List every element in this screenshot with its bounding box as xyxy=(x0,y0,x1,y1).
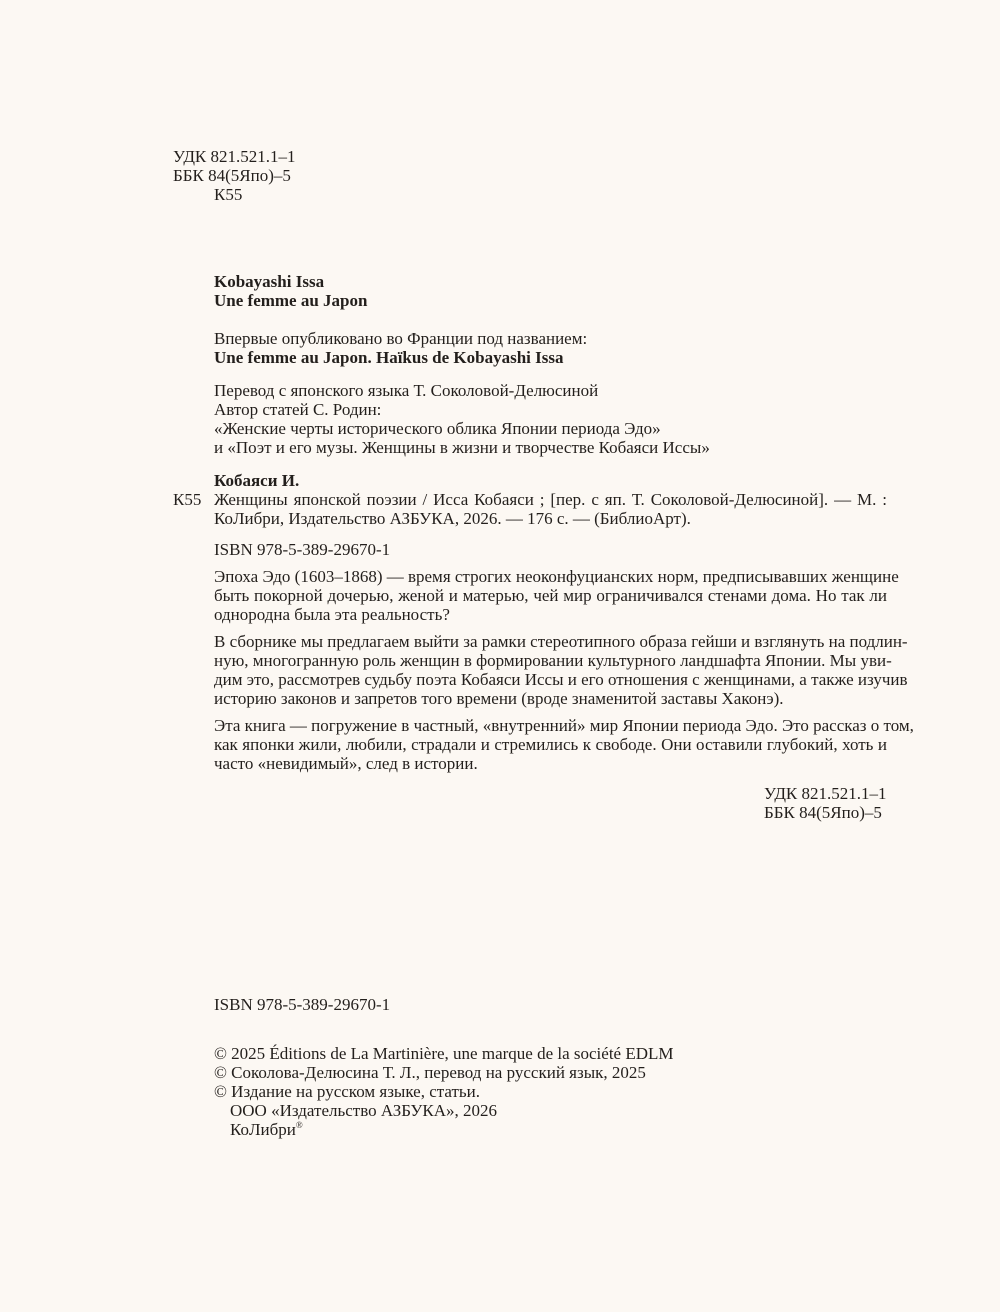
copyright-line: © 2025 Éditions de La Martinière, une ma… xyxy=(214,1044,674,1063)
annotation-line: часто «невидимый», след в истории. xyxy=(214,754,887,773)
credits: Перевод с японского языка Т. Соколовой-Д… xyxy=(214,381,710,457)
credit-line: и «Поэт и его музы. Женщины в жизни и тв… xyxy=(214,438,710,457)
copyright-line: ООО «Издательство АЗБУКА», 2026 xyxy=(214,1101,674,1120)
annotation-line: ную, многогранную роль женщин в формиров… xyxy=(214,651,887,670)
annotation-line: как японки жили, любили, страдали и стре… xyxy=(214,735,887,754)
copyright-line: © Издание на русском языке, статьи. xyxy=(214,1082,674,1101)
annotation-line: историю законов и запретов того времени … xyxy=(214,689,887,708)
bbk-code: ББК 84(5Япо)–5 xyxy=(173,166,296,185)
annotation-line: однородна была эта реальность? xyxy=(214,605,887,624)
footer-isbn: ISBN 978-5-389-29670-1 xyxy=(214,995,390,1014)
annotation-paragraph: Эпоха Эдо (1603–1868) — время строгих не… xyxy=(214,567,887,624)
top-classification: УДК 821.521.1–1 ББК 84(5Япо)–5 К55 xyxy=(173,147,296,204)
annotation-line: дим это, рассмотрев судьбу поэта Кобаяси… xyxy=(214,670,887,689)
original-title: Une femme au Japon xyxy=(214,291,367,310)
original-author: Kobayashi Issa xyxy=(214,272,367,291)
bbk-code: ББК 84(5Япо)–5 xyxy=(764,803,887,822)
copyright-block: © 2025 Éditions de La Martinière, une ma… xyxy=(214,1044,674,1139)
annotation-paragraph: В сборнике мы предлагаем выйти за рамки … xyxy=(214,632,887,708)
bottom-classification: УДК 821.521.1–1 ББК 84(5Япо)–5 xyxy=(764,784,887,822)
annotation-line: быть покорной дочерью, женой и матерью, … xyxy=(214,586,887,605)
bib-author-mark: К55 xyxy=(173,490,201,509)
credit-line: «Женские черты исторического облика Япон… xyxy=(214,419,710,438)
bib-author-heading: Кобаяси И. xyxy=(214,471,299,490)
annotation-paragraph: Эта книга — погружение в частный, «внутр… xyxy=(214,716,887,773)
annotation-line: Эпоха Эдо (1603–1868) — время строгих не… xyxy=(214,567,887,586)
first-published: Впервые опубликовано во Франции под назв… xyxy=(214,329,587,367)
copyright-line: © Соколова-Делюсина Т. Л., перевод на ру… xyxy=(214,1063,674,1082)
first-published-title: Une femme au Japon. Haïkus de Kobayashi … xyxy=(214,348,587,367)
first-published-label: Впервые опубликовано во Франции под назв… xyxy=(214,329,587,348)
bib-description: Женщины японской поэзии / Исса Кобаяси ;… xyxy=(214,490,887,528)
credit-line: Автор статей С. Родин: xyxy=(214,400,710,419)
brand-name: КоЛибри xyxy=(230,1120,296,1139)
annotation-line: В сборнике мы предлагаем выйти за рамки … xyxy=(214,632,887,651)
bib-description-line: Женщины японской поэзии / Исса Кобаяси ;… xyxy=(214,490,887,509)
bib-description-line: КоЛибри, Издательство АЗБУКА, 2026. — 17… xyxy=(214,509,887,528)
registered-mark-icon: ® xyxy=(296,1120,303,1130)
annotation-line: Эта книга — погружение в частный, «внутр… xyxy=(214,716,887,735)
original-edition: Kobayashi Issa Une femme au Japon xyxy=(214,272,367,310)
udk-code: УДК 821.521.1–1 xyxy=(173,147,296,166)
udk-code: УДК 821.521.1–1 xyxy=(764,784,887,803)
copyright-line: КоЛибри® xyxy=(214,1120,674,1139)
credit-line: Перевод с японского языка Т. Соколовой-Д… xyxy=(214,381,710,400)
bib-isbn: ISBN 978-5-389-29670-1 xyxy=(214,540,390,559)
annotation: Эпоха Эдо (1603–1868) — время строгих не… xyxy=(214,567,887,781)
author-mark: К55 xyxy=(173,185,296,204)
